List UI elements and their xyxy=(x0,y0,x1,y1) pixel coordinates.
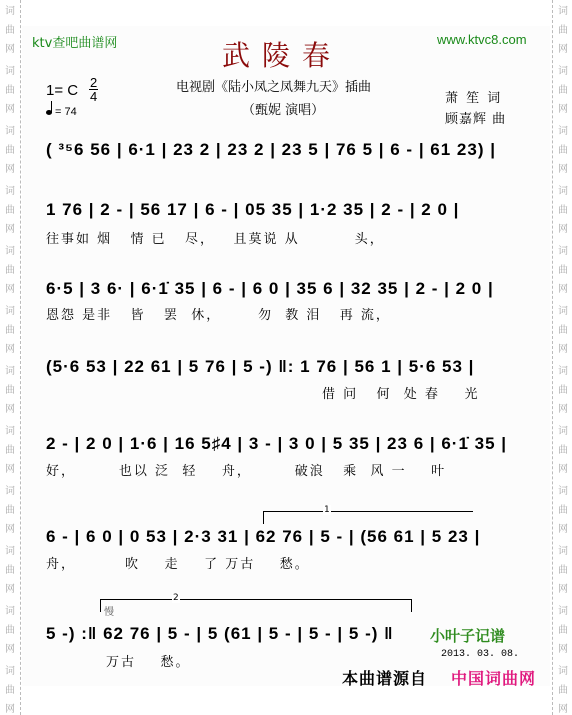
watermark: 词曲网 xyxy=(2,302,18,359)
watermark: 词曲网 xyxy=(555,2,571,59)
lyricist-credit: 萧 笙 词 xyxy=(445,87,502,106)
source-site-name: 中国词曲网 xyxy=(451,666,536,689)
transcription-date: 2013. 03. 08. xyxy=(441,649,519,660)
score-line-4: (5·6 53 | 22 61 | 5 76 | 5 -) ‖: 1 76 | … xyxy=(46,357,526,377)
time-numerator: 2 xyxy=(89,76,98,90)
watermark: 词曲网 xyxy=(555,302,571,359)
lyrics-line-7: 万古 愁。 xyxy=(106,651,191,670)
score-line-3: 6·5 | 3 6· | 6·1̇ 35 | 6 - | 6 0 | 35 6 … xyxy=(46,279,526,299)
watermark: 词曲网 xyxy=(2,662,18,715)
watermark: 词曲网 xyxy=(2,362,18,419)
slow-marking: 慢 xyxy=(104,603,114,618)
site-name-left: ktv查吧曲谱网 xyxy=(32,32,117,51)
score-line-1: ( ³⁵6 56 | 6·1 | 23 2 | 23 2 | 23 5 | 76… xyxy=(46,140,526,160)
watermark: 词曲网 xyxy=(2,62,18,119)
song-title: 武陵春 xyxy=(222,34,342,74)
watermark: 词曲网 xyxy=(2,122,18,179)
watermark: 词曲网 xyxy=(2,482,18,539)
watermark: 词曲网 xyxy=(2,182,18,239)
watermark: 词曲网 xyxy=(2,242,18,299)
transcriber-credit: 小叶子记谱 xyxy=(430,625,505,646)
watermark: 词曲网 xyxy=(555,662,571,715)
tempo-value: = 74 xyxy=(55,106,77,118)
score-line-5: 2 - | 2 0 | 1·6 | 16 5♯4 | 3 - | 3 0 | 5… xyxy=(46,434,526,454)
watermark: 词曲网 xyxy=(555,602,571,659)
time-signature: 2 4 xyxy=(89,76,98,103)
watermark: 词曲网 xyxy=(555,542,571,599)
watermark: 词曲网 xyxy=(555,62,571,119)
quarter-note-icon xyxy=(46,110,52,115)
watermark: 词曲网 xyxy=(555,182,571,239)
watermark: 词曲网 xyxy=(555,122,571,179)
volta-bracket-2: 2 xyxy=(100,599,412,612)
song-subtitle: 电视剧《陆小凤之凤舞九天》插曲 xyxy=(176,76,371,95)
lyrics-line-4: 借 问 何 处 春 光 xyxy=(322,383,479,402)
source-label: 本曲谱源自 xyxy=(342,666,427,689)
watermark: 词曲网 xyxy=(2,602,18,659)
tempo-marking: = 74 xyxy=(46,106,77,118)
time-denominator: 4 xyxy=(90,89,97,104)
site-url-right: www.ktvc8.com xyxy=(437,32,527,47)
singer-credit: （甄妮 演唱） xyxy=(242,99,324,118)
score-line-6: 6 - | 6 0 | 0 53 | 2·3 31 | 62 76 | 5 - … xyxy=(46,527,526,547)
score-line-2: 1 76 | 2 - | 56 17 | 6 - | 05 35 | 1·2 3… xyxy=(46,200,526,220)
watermark: 词曲网 xyxy=(2,542,18,599)
watermark: 词曲网 xyxy=(555,362,571,419)
watermark: 词曲网 xyxy=(2,422,18,479)
watermark: 词曲网 xyxy=(555,482,571,539)
watermark: 词曲网 xyxy=(555,422,571,479)
composer-credit: 顾嘉辉 曲 xyxy=(445,108,506,127)
watermark: 词曲网 xyxy=(555,242,571,299)
watermark-column-left: 词曲网 词曲网 词曲网 词曲网 词曲网 词曲网 词曲网 词曲网 词曲网 词曲网 … xyxy=(0,0,21,715)
lyrics-line-6: 舟， 吹 走 了 万古 愁。 xyxy=(46,553,310,572)
score-line-7: 5 -) :‖ 62 76 | 5 - | 5 (61 | 5 - | 5 - … xyxy=(46,624,426,644)
lyrics-line-5: 好， 也以 泛 轻 舟， 破浪 乘 风 一 叶 xyxy=(46,460,446,479)
key-signature: 1= C xyxy=(46,82,78,99)
lyrics-line-2: 往事如 烟 情 已 尽， 且莫说 从 头， xyxy=(46,228,385,247)
volta-bracket-1: 1 xyxy=(263,511,473,524)
watermark-column-right: 词曲网 词曲网 词曲网 词曲网 词曲网 词曲网 词曲网 词曲网 词曲网 词曲网 … xyxy=(552,0,572,715)
lyrics-line-3: 恩怨 是非 皆 罢 休， 勿 教 泪 再 流， xyxy=(46,304,391,323)
watermark: 词曲网 xyxy=(2,2,18,59)
